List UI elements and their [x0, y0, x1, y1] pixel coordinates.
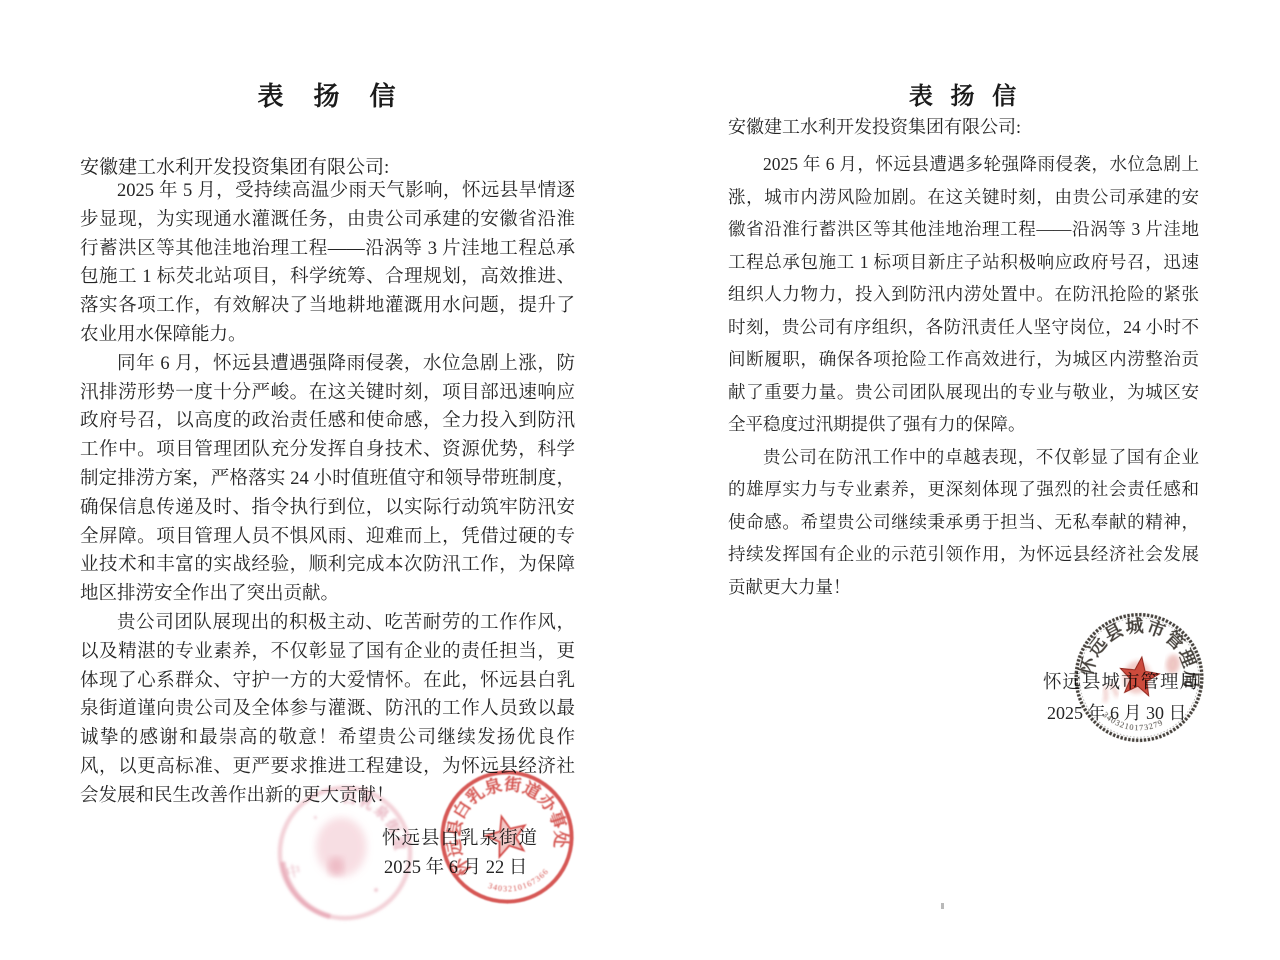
- body-line: 会发展和民生改善作出新的更大贡献！: [80, 782, 575, 811]
- body-line: 持续发挥国有企业的示范引领作用，为怀远县经济社会发展: [728, 538, 1199, 571]
- left-letter-title: 表 扬 信: [80, 76, 575, 113]
- body-line: 工程总承包施工 1 标项目新庄子站积极响应政府号召，迅速: [728, 246, 1199, 279]
- body-line: 步显现，为实现通水灌溉任务，由贵公司承建的安徽省沿淮: [80, 206, 575, 235]
- body-line: 使命感。希望贵公司继续秉承勇于担当、无私奉献的精神，: [728, 506, 1199, 539]
- body-line: 涨，城市内涝风险加剧。在这关键时刻，由贵公司承建的安: [728, 181, 1199, 214]
- right-letter-signature: 怀远县城市管理局: [1043, 668, 1199, 694]
- left-letter-salutation: 安徽建工水利开发投资集团有限公司:: [80, 152, 575, 179]
- body-line: 落实各项工作，有效解决了当地耕地灌溉用水问题，提升了: [80, 292, 575, 321]
- body-line: 贡献更大力量！: [728, 571, 1199, 604]
- body-line: 全屏障。项目管理人员不惧风雨、迎难而上，凭借过硬的专: [80, 523, 575, 552]
- body-line: 徽省沿淮行蓄洪区等其他洼地治理工程——沿涡等 3 片洼地: [728, 213, 1199, 246]
- body-line: 业技术和丰富的实战经验，顺利完成本次防汛工作，为保障: [80, 551, 575, 580]
- faded-stamp-side-char: 中: [285, 862, 303, 882]
- body-line: 贵公司在防汛工作中的卓越表现，不仅彰显了国有企业: [728, 441, 1199, 474]
- body-line: 2025 年 6 月，怀远县遭遇多轮强降雨侵袭，水位急剧上: [728, 148, 1199, 181]
- body-line: 献了重要力量。贵公司团队展现出的专业与敬业，为城区安: [728, 376, 1199, 409]
- body-line: 地区排涝安全作出了突出贡献。: [80, 580, 575, 609]
- left-letter-body: 2025 年 5 月，受持续高温少雨天气影响，怀远县旱情逐步显现，为实现通水灌溉…: [80, 177, 575, 811]
- body-line: 的雄厚实力与专业素养，更深刻体现了强烈的社会责任感和: [728, 473, 1199, 506]
- body-line: 以及精湛的专业素养，不仅彰显了国有企业的责任担当，更: [80, 638, 575, 667]
- body-line: 泉街道谨向贵公司及全体参与灌溉、防汛的工作人员致以最: [80, 695, 575, 724]
- body-line: 包施工 1 标芡北站项目，科学统筹、合理规划，高效推进、: [80, 263, 575, 292]
- left-letter-date: 2025 年 6 月 22 日: [384, 853, 527, 879]
- right-letter-date: 2025 年 6 月 30 日: [1047, 699, 1187, 725]
- body-line: 政府号召，以高度的政治责任感和使命感，全力投入到防汛: [80, 407, 575, 436]
- body-line: 组织人力物力，投入到防汛内涝处置中。在防汛抢险的紧张: [728, 278, 1199, 311]
- body-line: 体现了心系群众、守护一方的大爱情怀。在此，怀远县白乳: [80, 667, 575, 696]
- right-letter-title: 表 扬 信: [728, 76, 1199, 111]
- body-line: 工作中。项目管理团队充分发挥自身技术、资源优势，科学: [80, 436, 575, 465]
- right-letter-salutation: 安徽建工水利开发投资集团有限公司:: [728, 113, 1199, 139]
- body-line: 同年 6 月，怀远县遭遇强降雨侵袭，水位急剧上涨，防: [80, 350, 575, 379]
- body-line: 间断履职，确保各项抢险工作高效进行，为城区内涝整治贡: [728, 343, 1199, 376]
- body-line: 2025 年 5 月，受持续高温少雨天气影响，怀远县旱情逐: [80, 177, 575, 206]
- body-line: 风，以更高标准、更严要求推进工程建设，为怀远县经济社: [80, 753, 575, 782]
- body-line: 确保信息传递及时、指令执行到位，以实际行动筑牢防汛安: [80, 494, 575, 523]
- body-line: 诚挚的感谢和最崇高的敬意！希望贵公司继续发扬优良作: [80, 724, 575, 753]
- body-line: 制定排涝方案，严格落实 24 小时值班值守和领导带班制度，: [80, 465, 575, 494]
- body-line: 农业用水保障能力。: [80, 321, 575, 350]
- body-line: 贵公司团队展现出的积极主动、吃苦耐劳的工作作风，: [80, 609, 575, 638]
- body-line: 时刻，贵公司有序组织，各防汛责任人坚守岗位，24 小时不: [728, 311, 1199, 344]
- body-line: 行蓄洪区等其他洼地治理工程——沿涡等 3 片洼地工程总承: [80, 235, 575, 264]
- scanned-letters-page: 表 扬 信 安徽建工水利开发投资集团有限公司: 2025 年 5 月，受持续高温…: [0, 0, 1280, 960]
- body-line: 汛排涝形势一度十分严峻。在这关键时刻，项目部迅速响应: [80, 379, 575, 408]
- scan-speck: [941, 903, 944, 909]
- body-line: 全平稳度过汛期提供了强有力的保障。: [728, 408, 1199, 441]
- right-letter-body: 2025 年 6 月，怀远县遭遇多轮强降雨侵袭，水位急剧上涨，城市内涝风险加剧。…: [728, 148, 1199, 603]
- left-letter-signature: 怀远县白乳泉街道: [382, 824, 538, 850]
